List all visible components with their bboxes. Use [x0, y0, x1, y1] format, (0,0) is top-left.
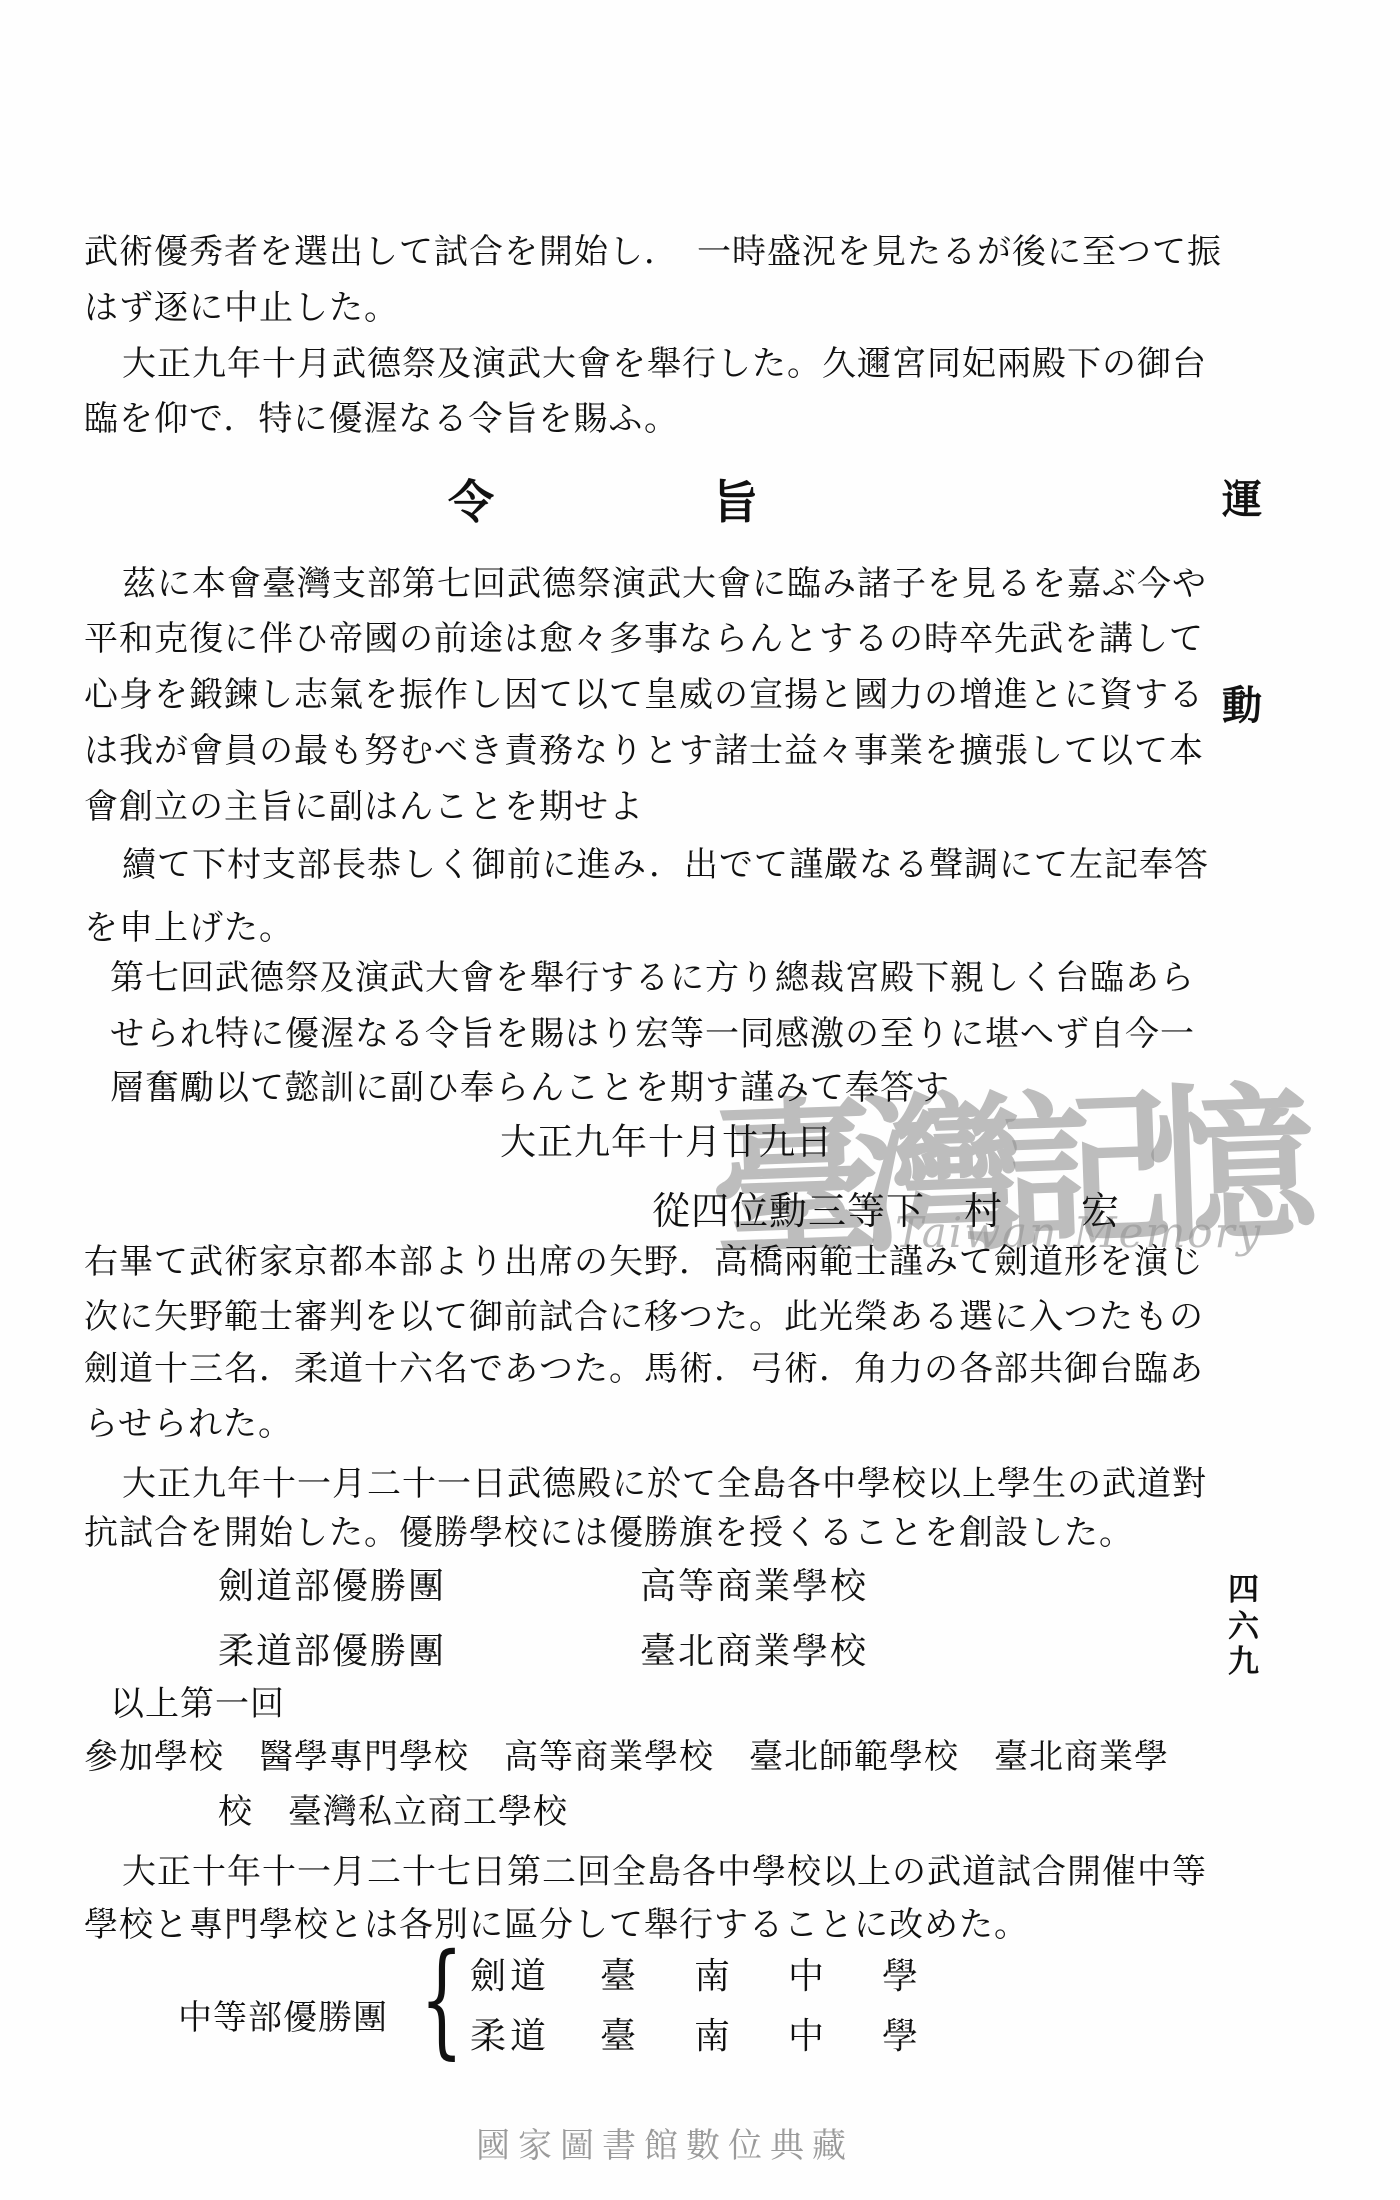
text-line: 次に矢野範士審判を以て御前試合に移つた。此光榮ある選に入つたもの	[84, 1289, 1204, 1338]
section-title-char: 旨	[712, 466, 758, 532]
text-line: 以上第一回	[110, 1676, 285, 1725]
text-line: を申上げた。	[84, 900, 294, 949]
text-line: 續て下村支部長恭しく御前に進み．出でて謹嚴なる聲調にて左記奉答	[122, 837, 1209, 886]
date-line: 大正九年十月廿九日	[500, 1114, 833, 1165]
text-line: 茲に本會臺灣支部第七回武德祭演武大會に臨み諸子を見るを嘉ぶ今や	[122, 556, 1207, 605]
winner-division: 柔道部優勝團	[218, 1623, 446, 1674]
library-footer-caption: 國家圖書館數位典藏	[0, 2118, 1330, 2167]
text-line: 校 臺灣私立商工學校	[218, 1784, 568, 1833]
text-line: はず逐に中止した。	[84, 280, 399, 329]
winner-school: 臺南中學	[600, 2008, 976, 2059]
margin-section-label-char: 動	[1222, 674, 1262, 731]
text-line: せられ特に優渥なる令旨を賜はり宏等一同感激の至りに堪へず自今一	[110, 1006, 1195, 1055]
page-number-char: 九	[1228, 1636, 1259, 1681]
text-line: 大正十年十一月二十七日第二回全島各中學校以上の武道試合開催中等	[122, 1844, 1207, 1893]
margin-section-label-char: 運	[1222, 468, 1262, 525]
winner-school: 高等商業學校	[640, 1558, 868, 1609]
signature-line: 從四位勳三等下 村 宏	[652, 1180, 1120, 1235]
text-line: 參加學校 醫學專門學校 高等商業學校 臺北師範學校 臺北商業學	[84, 1729, 1169, 1778]
text-line: 會創立の主旨に副はんことを期せよ	[84, 779, 644, 828]
text-line: 大正九年十月武德祭及演武大會を舉行した。久邇宮同妃兩殿下の御台	[122, 336, 1207, 385]
text-line: 學校と專門學校とは各別に區分して舉行することに改めた。	[84, 1897, 1029, 1946]
text-line: 抗試合を開始した。優勝學校には優勝旗を授くることを創設した。	[84, 1505, 1134, 1554]
text-line: は我が會員の最も努むべき責務なりとす諸士益々事業を擴張して以て本	[84, 723, 1204, 772]
section-title-char: 令	[448, 466, 494, 532]
winner-division: 柔道	[470, 2008, 550, 2059]
brace-glyph: {	[420, 1938, 463, 2062]
winner-school: 臺南中學	[600, 1948, 976, 1999]
text-line: 層奮勵以て懿訓に副ひ奉らんことを期す謹みて奉答す	[110, 1060, 950, 1109]
text-line: 右畢て武術家京都本部より出席の矢野．高橋兩範士謹みて劍道形を演じ	[84, 1234, 1204, 1283]
text-line: 平和克復に伴ひ帝國の前途は愈々多事ならんとするの時卒先武を講して	[84, 611, 1204, 660]
text-line: らせられた。	[84, 1396, 293, 1445]
round2-winner-label: 中等部優勝團	[178, 1990, 388, 2039]
text-line: 第七回武德祭及演武大會を舉行するに方り總裁宮殿下親しく台臨あら	[110, 950, 1195, 999]
winner-division: 劍道	[470, 1948, 550, 1999]
winner-division: 劍道部優勝團	[218, 1558, 446, 1609]
text-line: 大正九年十一月二十一日武德殿に於て全島各中學校以上學生の武道對	[122, 1456, 1207, 1505]
scanned-document-page: 臺灣記憶 Taiwan Memory 武術優秀者を選出して試合を開始し． 一時盛…	[0, 0, 1400, 2200]
text-line: 臨を仰で．特に優渥なる令旨を賜ふ。	[84, 391, 679, 440]
text-line: 劍道十三名．柔道十六名であつた。馬術．弓術．角力の各部共御台臨あ	[84, 1341, 1204, 1390]
text-line: 武術優秀者を選出して試合を開始し． 一時盛況を見たるが後に至つて振	[84, 224, 1222, 273]
text-line: 心身を鍛鍊し志氣を振作し因て以て皇威の宣揚と國力の增進とに資する	[84, 667, 1204, 716]
winner-school: 臺北商業學校	[640, 1623, 868, 1674]
